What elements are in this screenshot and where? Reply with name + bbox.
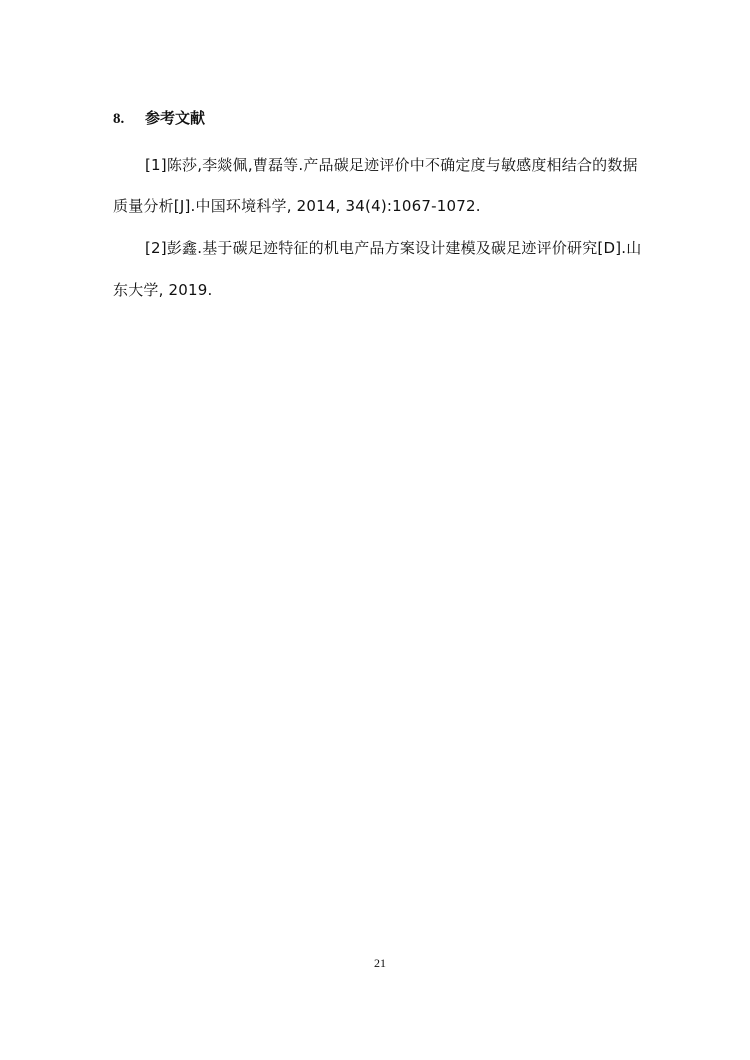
section-number: 8. bbox=[113, 108, 145, 130]
section-title: 参考文献 bbox=[145, 109, 205, 127]
reference-line: 东大学, 2019. bbox=[113, 279, 212, 301]
page-number: 21 bbox=[0, 954, 750, 972]
reference-line: [2]彭鑫.基于碳足迹特征的机电产品方案设计建模及碳足迹评价研究[D].山 bbox=[145, 237, 641, 259]
document-page: 8.参考文献 [1]陈莎,李燚佩,曹磊等.产品碳足迹评价中不确定度与敏感度相结合… bbox=[0, 0, 750, 1060]
reference-line: 质量分析[J].中国环境科学, 2014, 34(4):1067-1072. bbox=[113, 195, 481, 217]
section-heading: 8.参考文献 bbox=[113, 107, 205, 130]
reference-line: [1]陈莎,李燚佩,曹磊等.产品碳足迹评价中不确定度与敏感度相结合的数据 bbox=[145, 154, 638, 176]
